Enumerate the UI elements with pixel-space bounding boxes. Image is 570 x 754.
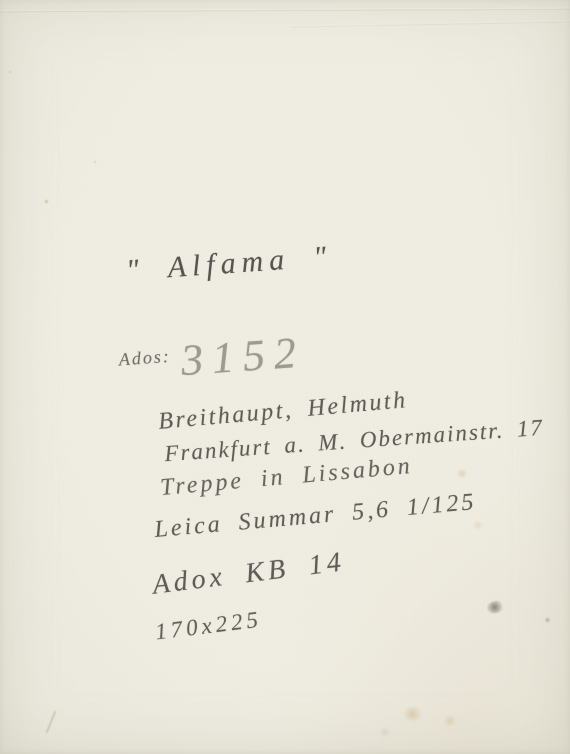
crease-line [290, 20, 570, 27]
gray-speck [544, 617, 551, 623]
archive-line: Ados: 3152 [117, 327, 306, 391]
paper-speck [44, 199, 49, 204]
yellow-stain [443, 716, 457, 726]
yellow-stain [379, 728, 391, 737]
film-line: Adox KB 14 [151, 546, 347, 601]
paper-speck [8, 70, 12, 74]
yellow-stain [473, 521, 483, 529]
yellow-stain [456, 469, 468, 478]
paper-speck [93, 160, 97, 164]
archive-number: 3152 [179, 328, 306, 386]
yellow-stain [402, 707, 423, 721]
crease-line [0, 8, 570, 13]
paper-scratch [46, 710, 57, 733]
print-size-line: 170x225 [154, 607, 264, 646]
photo-verso-paper: " Alfama " Ados: 3152 Breithaupt, Helmut… [0, 0, 570, 754]
archive-label: Ados: [118, 346, 171, 370]
title-line: " Alfama " [125, 240, 333, 288]
dark-smudge-stain [486, 599, 506, 615]
